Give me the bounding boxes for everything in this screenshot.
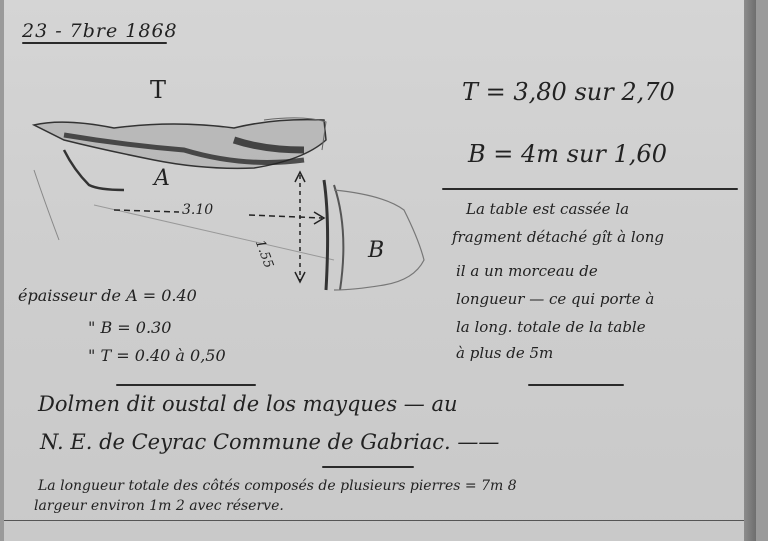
commune-underline — [322, 466, 414, 468]
title-rule-right — [528, 384, 624, 386]
note-line: la long. totale de la table — [456, 318, 646, 336]
dimension-t: T = 3,80 sur 2,70 — [462, 78, 675, 106]
slab-label-t: T — [150, 76, 166, 104]
horizontal-measure: 3.10 — [182, 202, 213, 218]
thickness-b: " B = 0.30 — [88, 318, 171, 337]
footer-line: La longueur totale des côtés composés de… — [38, 478, 517, 494]
title-rule-left — [116, 384, 256, 386]
page-edge-shadow — [744, 0, 756, 541]
dimensions-divider — [442, 188, 738, 190]
dimension-b: B = 4m sur 1,60 — [468, 140, 667, 168]
page-bottom-rule — [4, 520, 744, 521]
thickness-t: " T = 0.40 à 0,50 — [88, 346, 226, 365]
note-line: longueur — ce qui porte à — [456, 290, 654, 308]
note-line: à plus de 5m — [456, 344, 553, 362]
dolmen-title-line: Dolmen dit oustal de los mayques — au — [38, 392, 458, 416]
note-line: il a un morceau de — [456, 262, 598, 280]
notebook-page: 23 - 7bre 1868 T A B 3.10 1.55 T = 3,80 … — [4, 0, 756, 541]
footer-line: largeur environ 1m 2 avec réserve. — [34, 498, 284, 514]
note-line: La table est cassée la — [466, 200, 629, 218]
support-label-b: B — [368, 238, 384, 263]
note-line: fragment détaché gît à long — [452, 228, 664, 246]
support-label-a: A — [154, 166, 170, 191]
dolmen-title-line: N. E. de Ceyrac Commune de Gabriac. —— — [40, 430, 499, 454]
thickness-a: épaisseur de A = 0.40 — [18, 286, 197, 305]
